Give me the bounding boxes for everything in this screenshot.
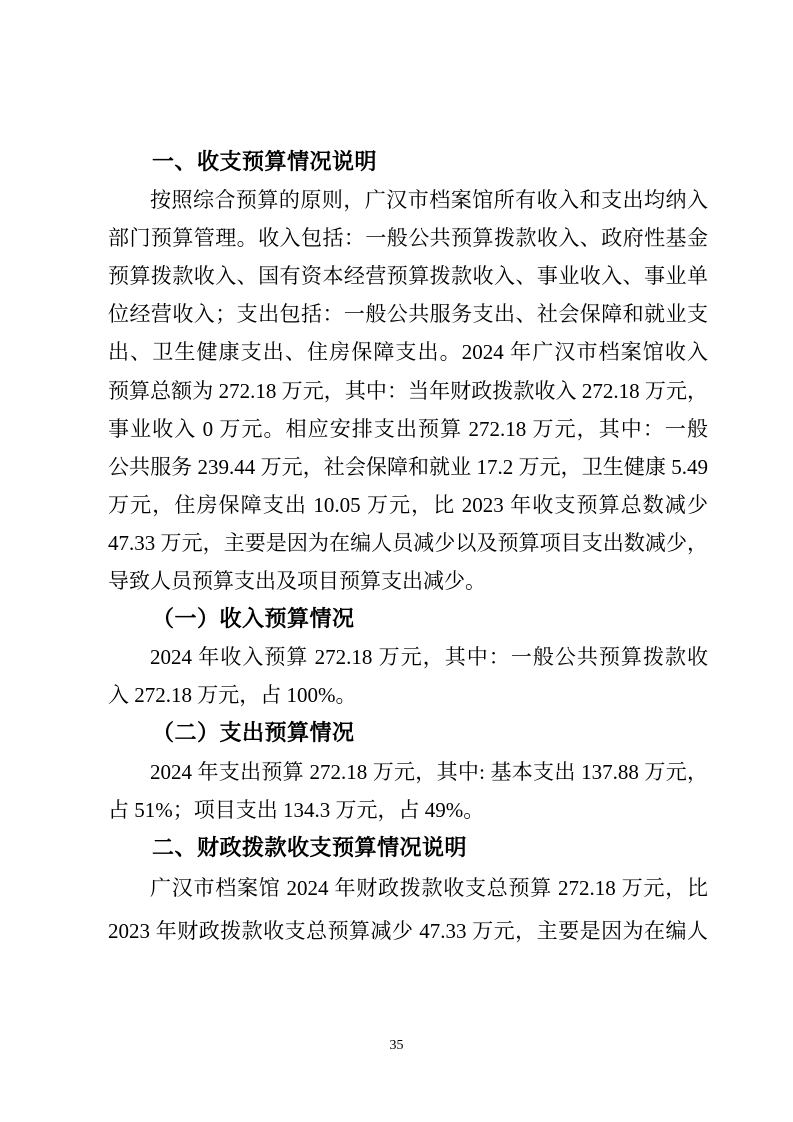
paragraph: 按照综合预算的原则，广汉市档案馆所有收入和支出均纳入部门预算管理。收入包括：一般… (108, 181, 708, 600)
paragraph-line: 入 272.18 万元，占 100%。 (108, 676, 708, 714)
page-number: 35 (0, 1038, 793, 1054)
paragraph-line: 占 51%；项目支出 134.3 万元，占 49%。 (108, 791, 708, 829)
section-heading: 一、收支预算情况说明 (108, 143, 708, 181)
paragraph: 广汉市档案馆 2024 年财政拨款收支总预算 272.18 万元，比2023 年… (108, 867, 708, 953)
paragraph-line: 47.33 万元，主要是因为在编人员减少以及预算项目支出数减少， (108, 524, 708, 562)
paragraph-line: 部门预算管理。收入包括：一般公共预算拨款收入、政府性基金 (108, 219, 708, 257)
document-content: 一、收支预算情况说明按照综合预算的原则，广汉市档案馆所有收入和支出均纳入部门预算… (108, 143, 708, 953)
paragraph-line: 位经营收入；支出包括：一般公共服务支出、社会保障和就业支 (108, 295, 708, 333)
paragraph: 2024 年支出预算 272.18 万元，其中: 基本支出 137.88 万元，… (108, 753, 708, 829)
paragraph-line: 预算总额为 272.18 万元，其中：当年财政拨款收入 272.18 万元， (108, 372, 708, 410)
paragraph-line: 导致人员预算支出及项目预算支出减少。 (108, 562, 708, 600)
paragraph: 2024 年收入预算 272.18 万元，其中：一般公共预算拨款收入 272.1… (108, 638, 708, 714)
paragraph-line: 事业收入 0 万元。相应安排支出预算 272.18 万元，其中：一般 (108, 410, 708, 448)
document-page: 一、收支预算情况说明按照综合预算的原则，广汉市档案馆所有收入和支出均纳入部门预算… (0, 0, 793, 1122)
section-heading: （一）收入预算情况 (108, 600, 708, 638)
paragraph-line: 按照综合预算的原则，广汉市档案馆所有收入和支出均纳入 (108, 181, 708, 219)
paragraph-line: 出、卫生健康支出、住房保障支出。2024 年广汉市档案馆收入 (108, 333, 708, 371)
paragraph-line: 2023 年财政拨款收支总预算减少 47.33 万元，主要是因为在编人 (108, 910, 708, 953)
section-heading: 二、财政拨款收支预算情况说明 (108, 829, 708, 867)
paragraph-line: 公共服务 239.44 万元，社会保障和就业 17.2 万元，卫生健康 5.49 (108, 448, 708, 486)
paragraph-line: 预算拨款收入、国有资本经营预算拨款收入、事业收入、事业单 (108, 257, 708, 295)
paragraph-line: 2024 年收入预算 272.18 万元，其中：一般公共预算拨款收 (108, 638, 708, 676)
paragraph-line: 广汉市档案馆 2024 年财政拨款收支总预算 272.18 万元，比 (108, 867, 708, 910)
section-heading: （二）支出预算情况 (108, 714, 708, 752)
paragraph-line: 万元，住房保障支出 10.05 万元，比 2023 年收支预算总数减少 (108, 486, 708, 524)
paragraph-line: 2024 年支出预算 272.18 万元，其中: 基本支出 137.88 万元， (108, 753, 708, 791)
